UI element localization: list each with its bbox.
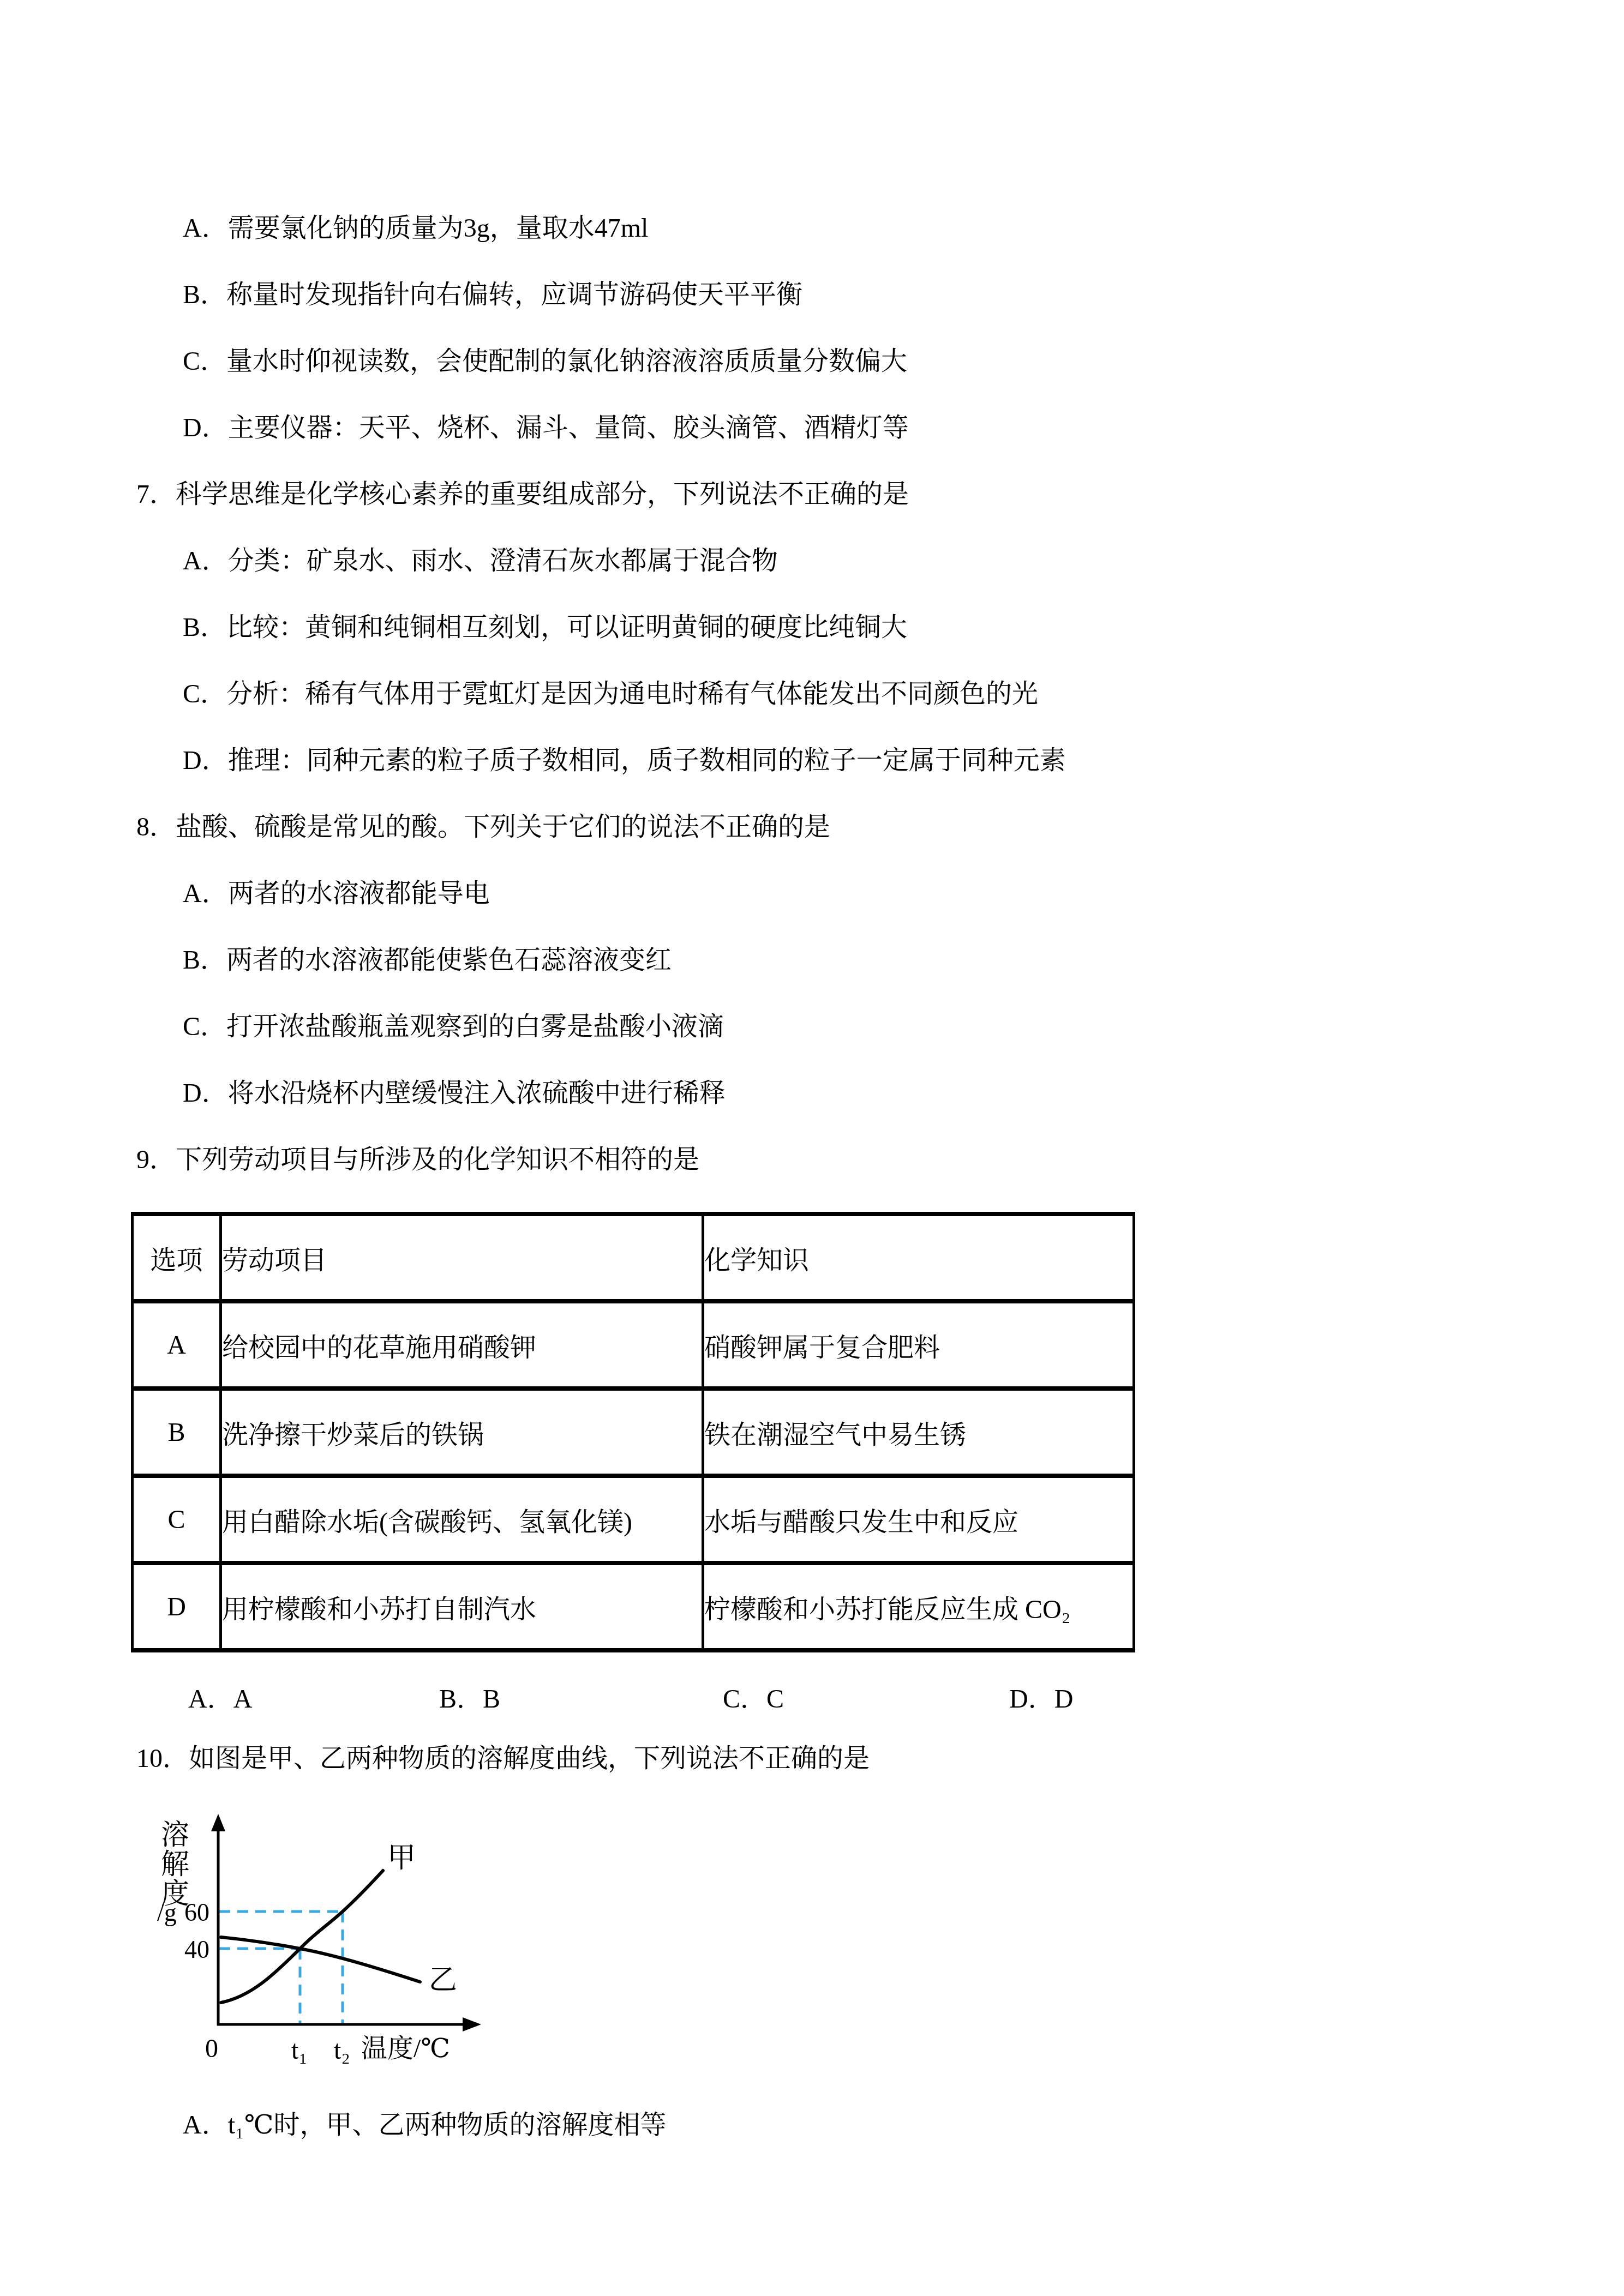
option-label: A． <box>183 214 228 243</box>
series-label-jia: 甲 <box>387 1843 416 1874</box>
option-text: 需要氯化钠的质量为3g，量取水47ml <box>228 214 649 243</box>
y-tick-60: 60 <box>184 1898 209 1926</box>
q9-table: 选项 劳动项目 化学知识 A 给校园中的花草施用硝酸钾 硝酸钾属于复合肥料 B … <box>131 1212 1135 1652</box>
x-tick-origin: 0 <box>205 2034 218 2063</box>
option-text: 推理：同种元素的粒子质子数相同，质子数相同的粒子一定属于同种元素 <box>228 746 1066 775</box>
q7-option-c: C．分析：稀有气体用于霓虹灯是因为通电时稀有气体能发出不同颜色的光 <box>183 680 1533 709</box>
cell-option: C <box>133 1476 221 1563</box>
y-label-char-1: 溶 <box>161 1820 189 1851</box>
question-text: 科学思维是化学核心素养的重要组成部分，下列说法不正确的是 <box>176 480 909 509</box>
option-label: A． <box>183 879 228 908</box>
option-text: 打开浓盐酸瓶盖观察到的白雾是盐酸小液滴 <box>226 1012 724 1041</box>
cell-option: D <box>133 1563 221 1650</box>
option-text: 称量时发现指针向右偏转，应调节游码使天平平衡 <box>226 280 802 309</box>
option-text: 分类：矿泉水、雨水、澄清石灰水都属于混合物 <box>228 546 778 575</box>
q7-option-b: B．比较：黄铜和纯铜相互刻划，可以证明黄铜的硬度比纯铜大 <box>183 613 1533 642</box>
q10-stem: 10．如图是甲、乙两种物质的溶解度曲线，下列说法不正确的是 <box>136 1744 1533 1774</box>
x-axis-arrow <box>463 2017 481 2031</box>
q7-option-a: A．分类：矿泉水、雨水、澄清石灰水都属于混合物 <box>183 546 1533 576</box>
option-text: 量水时仰视读数，会使配制的氯化钠溶液溶质质量分数偏大 <box>226 347 907 376</box>
q7-option-d: D．推理：同种元素的粒子质子数相同，质子数相同的粒子一定属于同种元素 <box>183 746 1533 776</box>
option-text: 两者的水溶液都能导电 <box>228 879 490 908</box>
exam-content: A．需要氯化钠的质量为3g，量取水47ml B．称量时发现指针向右偏转，应调节游… <box>136 214 1533 2177</box>
question-number: 7． <box>136 480 176 509</box>
cell-labor: 给校园中的花草施用硝酸钾 <box>221 1301 703 1389</box>
question-text: 盐酸、硫酸是常见的酸。下列关于它们的说法不正确的是 <box>176 813 830 842</box>
option-label: A． <box>183 2111 228 2139</box>
q9-option-b: B．B <box>439 1678 500 1715</box>
q9-stem: 9．下列劳动项目与所涉及的化学知识不相符的是 <box>136 1145 1533 1175</box>
question-number: 8． <box>136 813 176 842</box>
option-text: 两者的水溶液都能使紫色石蕊溶液变红 <box>226 946 672 975</box>
option-label: D． <box>183 746 228 775</box>
header-cell-option: 选项 <box>133 1214 221 1301</box>
q9-answer-options: A．A B．B C．C D．D <box>136 1678 1533 1707</box>
table-row: B 洗净擦干炒菜后的铁锅 铁在潮湿空气中易生锈 <box>133 1389 1134 1476</box>
option-label: D． <box>183 413 228 442</box>
option-text: 分析：稀有气体用于霓虹灯是因为通电时稀有气体能发出不同颜色的光 <box>226 680 1038 708</box>
q6-option-c: C．量水时仰视读数，会使配制的氯化钠溶液溶质质量分数偏大 <box>183 347 1533 376</box>
table-row: D 用柠檬酸和小苏打自制汽水 柠檬酸和小苏打能反应生成 CO₂ <box>133 1563 1134 1650</box>
question-number: 10． <box>136 1744 189 1773</box>
table-header-row: 选项 劳动项目 化学知识 <box>133 1214 1134 1301</box>
table-row: A 给校园中的花草施用硝酸钾 硝酸钾属于复合肥料 <box>133 1301 1134 1389</box>
cell-labor: 用柠檬酸和小苏打自制汽水 <box>221 1563 703 1650</box>
x-axis-label: 温度/℃ <box>361 2034 450 2063</box>
option-label: C． <box>183 680 226 708</box>
cell-knowledge: 铁在潮湿空气中易生锈 <box>703 1389 1134 1476</box>
curve-jia <box>221 1871 383 2003</box>
cell-labor: 用白醋除水垢(含碳酸钙、氢氧化镁) <box>221 1476 703 1563</box>
header-cell-labor: 劳动项目 <box>221 1214 703 1301</box>
q9-option-a: A．A <box>188 1678 252 1715</box>
option-text: t₁℃时，甲、乙两种物质的溶解度相等 <box>228 2111 667 2139</box>
cell-knowledge: 水垢与醋酸只发生中和反应 <box>703 1476 1134 1563</box>
x-tick-t1: t₁ <box>291 2036 308 2065</box>
option-label: B． <box>183 280 226 309</box>
cell-knowledge: 柠檬酸和小苏打能反应生成 CO₂ <box>703 1563 1134 1650</box>
option-text: 主要仪器：天平、烧杯、漏斗、量筒、胶头滴管、酒精灯等 <box>228 413 909 442</box>
q6-option-d: D．主要仪器：天平、烧杯、漏斗、量筒、胶头滴管、酒精灯等 <box>183 413 1533 443</box>
y-tick-40: 40 <box>184 1936 209 1963</box>
option-text: 将水沿烧杯内壁缓慢注入浓硫酸中进行稀释 <box>228 1079 726 1108</box>
option-label: C． <box>183 347 226 376</box>
cell-option: B <box>133 1389 221 1476</box>
q9-option-c: C．C <box>723 1678 784 1715</box>
series-label-yi: 乙 <box>429 1965 457 1996</box>
question-text: 如图是甲、乙两种物质的溶解度曲线，下列说法不正确的是 <box>189 1744 870 1773</box>
q9-option-d: D．D <box>1009 1678 1073 1715</box>
y-label-char-2: 解 <box>161 1849 189 1880</box>
q7-stem: 7．科学思维是化学核心素养的重要组成部分，下列说法不正确的是 <box>136 480 1533 509</box>
option-text: 比较：黄铜和纯铜相互刻划，可以证明黄铜的硬度比纯铜大 <box>226 613 907 642</box>
q8-stem: 8．盐酸、硫酸是常见的酸。下列关于它们的说法不正确的是 <box>136 813 1533 842</box>
table-row: C 用白醋除水垢(含碳酸钙、氢氧化镁) 水垢与醋酸只发生中和反应 <box>133 1476 1134 1563</box>
question-text: 下列劳动项目与所涉及的化学知识不相符的是 <box>176 1145 699 1174</box>
exam-page: A．需要氯化钠的质量为3g，量取水47ml B．称量时发现指针向右偏转，应调节游… <box>0 0 1624 2296</box>
option-label: C． <box>183 1012 226 1041</box>
option-label: A． <box>183 546 228 575</box>
cell-labor: 洗净擦干炒菜后的铁锅 <box>221 1389 703 1476</box>
curve-yi <box>221 1937 420 1982</box>
option-label: B． <box>183 946 226 975</box>
q8-option-b: B．两者的水溶液都能使紫色石蕊溶液变红 <box>183 946 1533 975</box>
option-label: B． <box>183 613 226 642</box>
q8-option-a: A．两者的水溶液都能导电 <box>183 879 1533 909</box>
q6-option-a: A．需要氯化钠的质量为3g，量取水47ml <box>183 214 1533 243</box>
q10-option-a: A．t₁℃时，甲、乙两种物质的溶解度相等 <box>183 2111 1533 2140</box>
q8-option-c: C．打开浓盐酸瓶盖观察到的白雾是盐酸小液滴 <box>183 1012 1533 1042</box>
cell-option: A <box>133 1301 221 1389</box>
q8-option-d: D．将水沿烧杯内壁缓慢注入浓硫酸中进行稀释 <box>183 1079 1533 1108</box>
header-cell-knowledge: 化学知识 <box>703 1214 1134 1301</box>
question-number: 9． <box>136 1145 176 1174</box>
y-unit-label: /g <box>157 1898 177 1926</box>
cell-knowledge: 硝酸钾属于复合肥料 <box>703 1301 1134 1389</box>
q6-option-b: B．称量时发现指针向右偏转，应调节游码使天平平衡 <box>183 280 1533 310</box>
x-tick-t2: t₂ <box>334 2036 350 2065</box>
option-label: D． <box>183 1079 228 1108</box>
solubility-chart: 溶 解 度 /g 60 40 0 t₁ t₂ 温度/℃ 甲 乙 <box>136 1811 562 2083</box>
y-axis-arrow <box>211 1814 225 1831</box>
